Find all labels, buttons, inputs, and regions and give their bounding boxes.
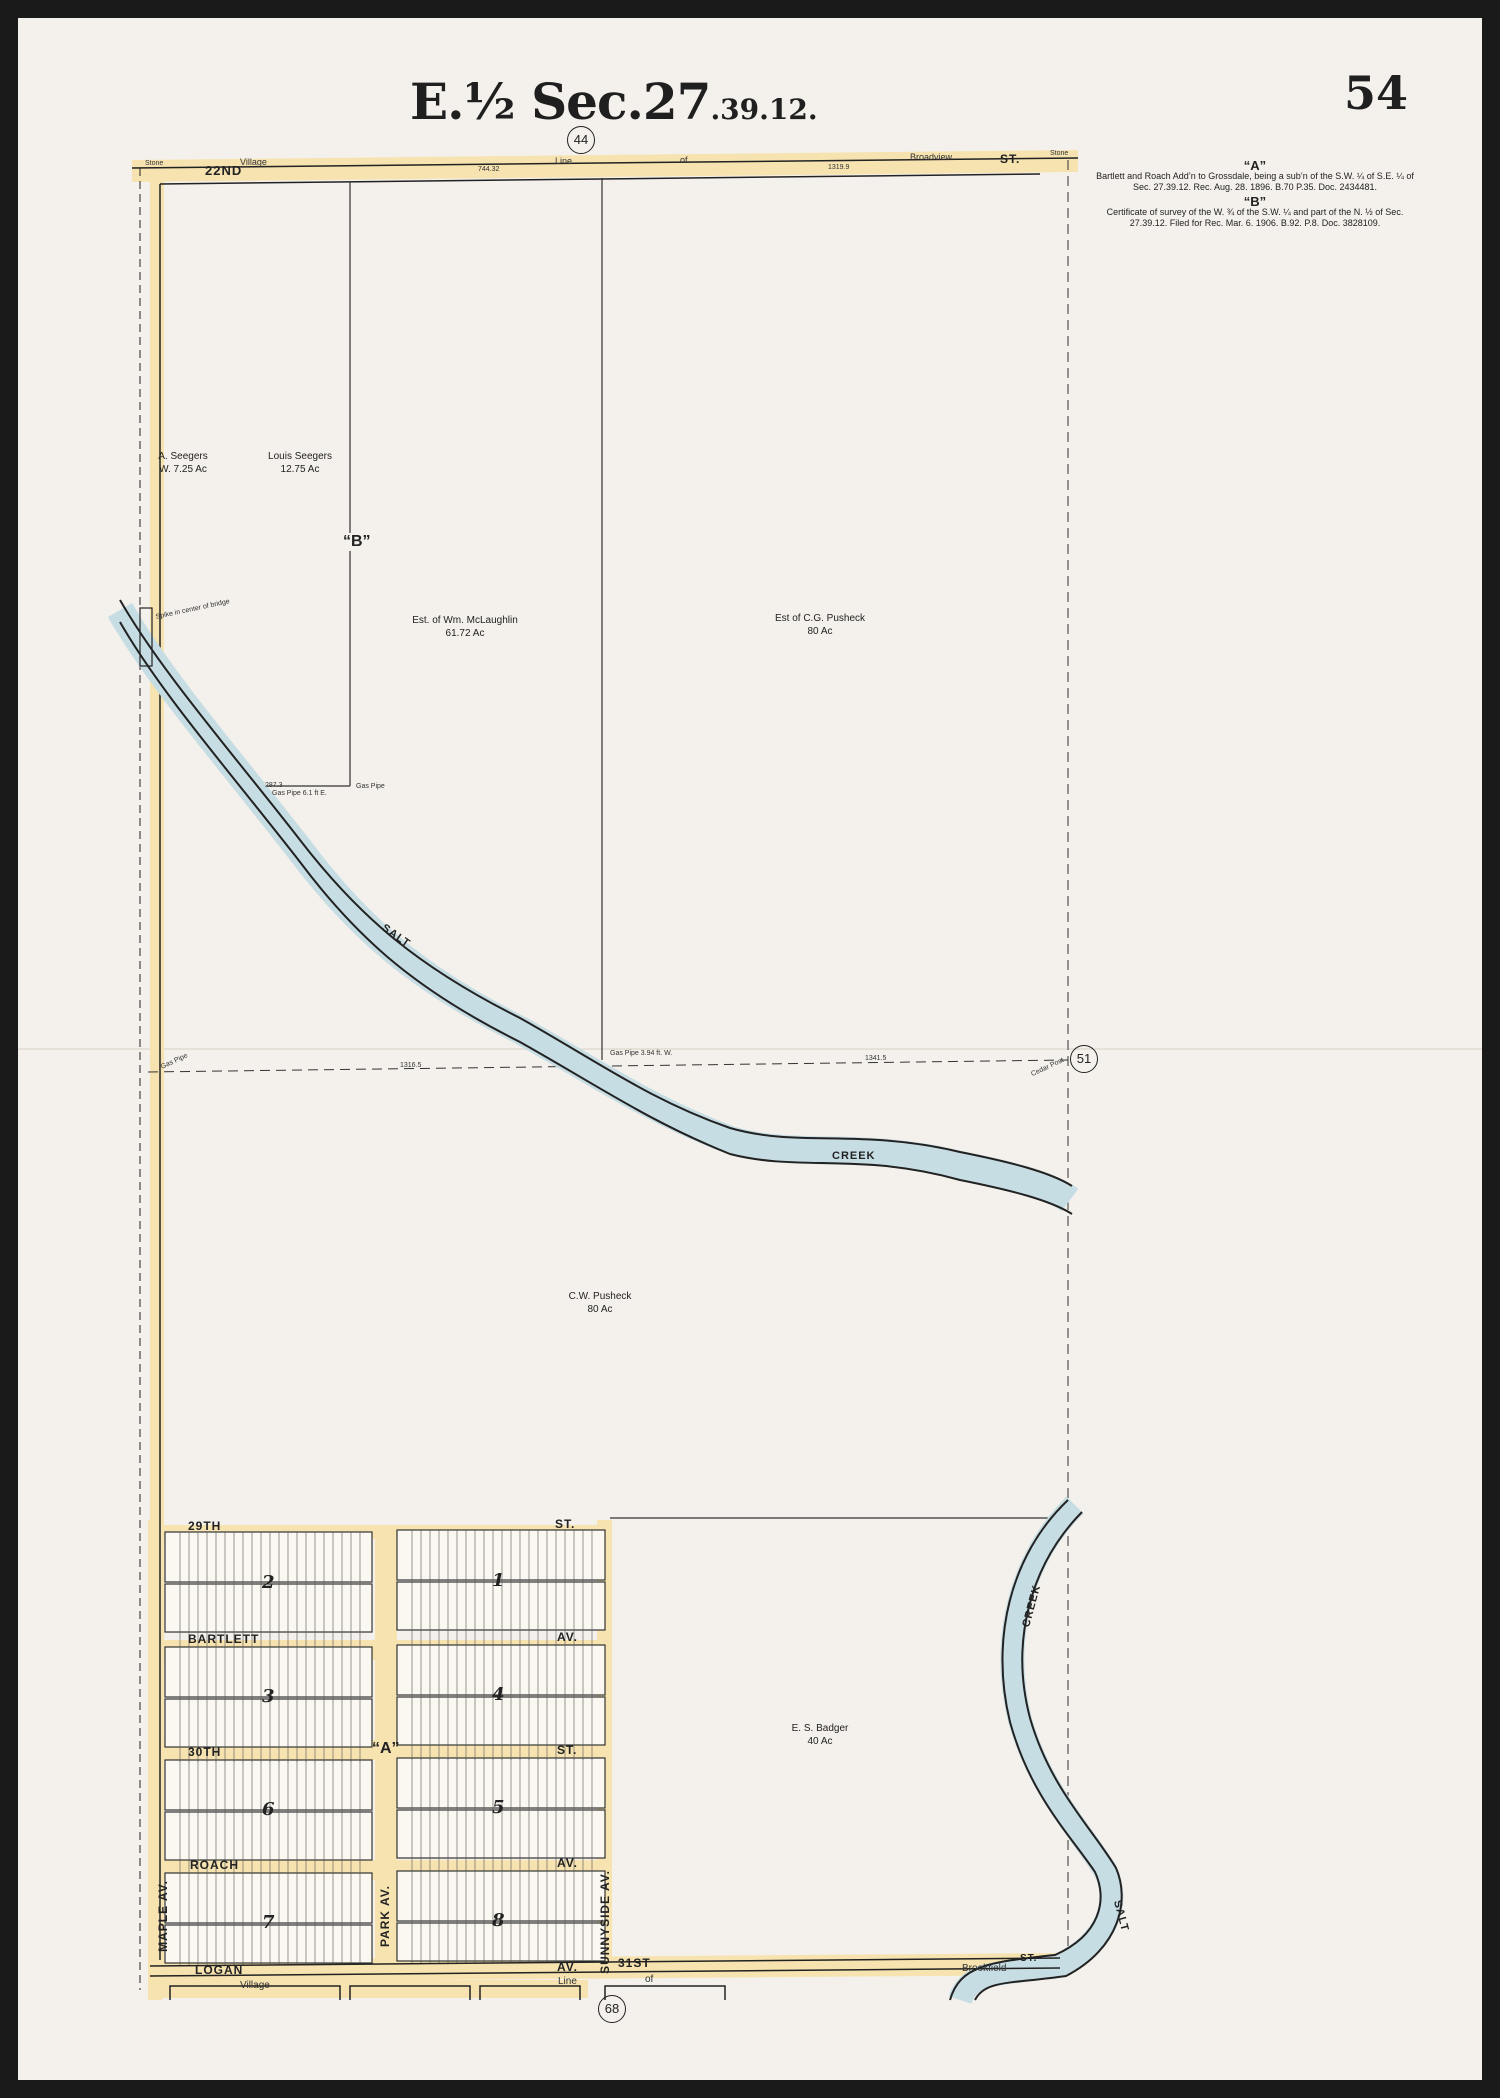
adjacent-page-north[interactable]: 44 xyxy=(567,126,595,154)
street-29th: 29TH xyxy=(188,1519,221,1533)
page-title: E.½ Sec.27.39.12. xyxy=(410,72,818,131)
block-3: 3 xyxy=(262,1686,275,1707)
street-22nd: 22ND xyxy=(205,163,242,178)
road-word-of: of xyxy=(680,155,688,165)
street-suffix: ST. xyxy=(1000,152,1020,166)
stone-west: Stone xyxy=(145,160,163,167)
block-5: 5 xyxy=(492,1797,505,1818)
stone-east: Stone xyxy=(1050,150,1068,157)
street-bartlett-suffix: AV. xyxy=(557,1630,578,1644)
page-number: 54 xyxy=(1344,66,1408,120)
pipe-b2: Gas Pipe xyxy=(356,783,385,790)
parcel-mclaughlin: Est. of Wm. McLaughlin61.72 Ac xyxy=(400,614,530,640)
street-sunnyside: SUNNYSIDE AV. xyxy=(598,1870,612,1974)
bottom-road-of: of xyxy=(645,1974,653,1985)
quarter-dim-east: 1341.5 xyxy=(865,1055,886,1062)
dim-west: 744.32 xyxy=(478,166,499,173)
creek-label-creek: CREEK xyxy=(832,1150,876,1162)
quarter-mid-pipe: Gas Pipe 3.94 ft. W. xyxy=(610,1050,672,1057)
brookfield-label: Brookfield xyxy=(962,1963,1006,1974)
street-30th-suffix: ST. xyxy=(557,1743,577,1757)
street-roach-suffix: AV. xyxy=(557,1856,578,1870)
quarter-dim-west: 1316.5 xyxy=(400,1062,421,1069)
parcel-badger: E. S. Badger40 Ac xyxy=(770,1722,870,1748)
block-7: 7 xyxy=(262,1912,275,1933)
bottom-road-village: Village xyxy=(240,1980,270,1991)
bottom-road-line: Line xyxy=(558,1976,577,1987)
block-1: 1 xyxy=(492,1570,505,1591)
parcel-louis-seegers: Louis Seegers12.75 Ac xyxy=(260,450,340,476)
street-roach: ROACH xyxy=(190,1858,239,1872)
block-6: 6 xyxy=(262,1799,275,1820)
road-word-broadview: Broadview xyxy=(910,152,952,162)
street-logan: LOGAN xyxy=(195,1963,243,1977)
block-8: 8 xyxy=(492,1910,505,1931)
note-b: “B” Certificate of survey of the W. ¾ of… xyxy=(1090,196,1420,229)
title-main: E.½ Sec.27 xyxy=(410,72,710,131)
block-4: 4 xyxy=(492,1684,505,1705)
note-a: “A” Bartlett and Roach Add’n to Grossdal… xyxy=(1090,160,1420,193)
subdivision-a-label: “A” xyxy=(372,1740,400,1758)
road-word-line: Line xyxy=(555,156,572,166)
survey-b-label: “B” xyxy=(343,533,371,551)
title-sub: .39.12. xyxy=(710,93,817,126)
brookfield-suffix: ST. xyxy=(1020,1953,1037,1964)
road-word-village: Village xyxy=(240,157,267,167)
street-29th-suffix: ST. xyxy=(555,1517,575,1531)
pipe-b: Gas Pipe 6.1 ft E. xyxy=(272,790,327,797)
street-bartlett: BARTLETT xyxy=(188,1632,259,1646)
street-logan-suffix: AV. xyxy=(557,1960,578,1974)
parcel-a-seegers: A. SeegersW. 7.25 Ac xyxy=(148,450,218,476)
street-30th: 30TH xyxy=(188,1745,221,1759)
dim-b-bottom: 287.3 xyxy=(265,782,283,789)
block-2: 2 xyxy=(262,1572,275,1593)
salt-creek xyxy=(120,610,1070,1200)
parcel-cw-pusheck: C.W. Pusheck80 Ac xyxy=(550,1290,650,1316)
adjacent-page-east[interactable]: 51 xyxy=(1070,1045,1098,1073)
adjacent-page-south[interactable]: 68 xyxy=(598,1995,626,2023)
street-park: PARK AV. xyxy=(378,1885,392,1947)
parcel-cg-pusheck: Est of C.G. Pusheck80 Ac xyxy=(760,612,880,638)
map-drawing xyxy=(0,0,1500,2098)
street-31st: 31ST xyxy=(618,1956,651,1970)
street-maple: MAPLE AV. xyxy=(156,1880,170,1952)
dim-east: 1319.9 xyxy=(828,164,849,171)
